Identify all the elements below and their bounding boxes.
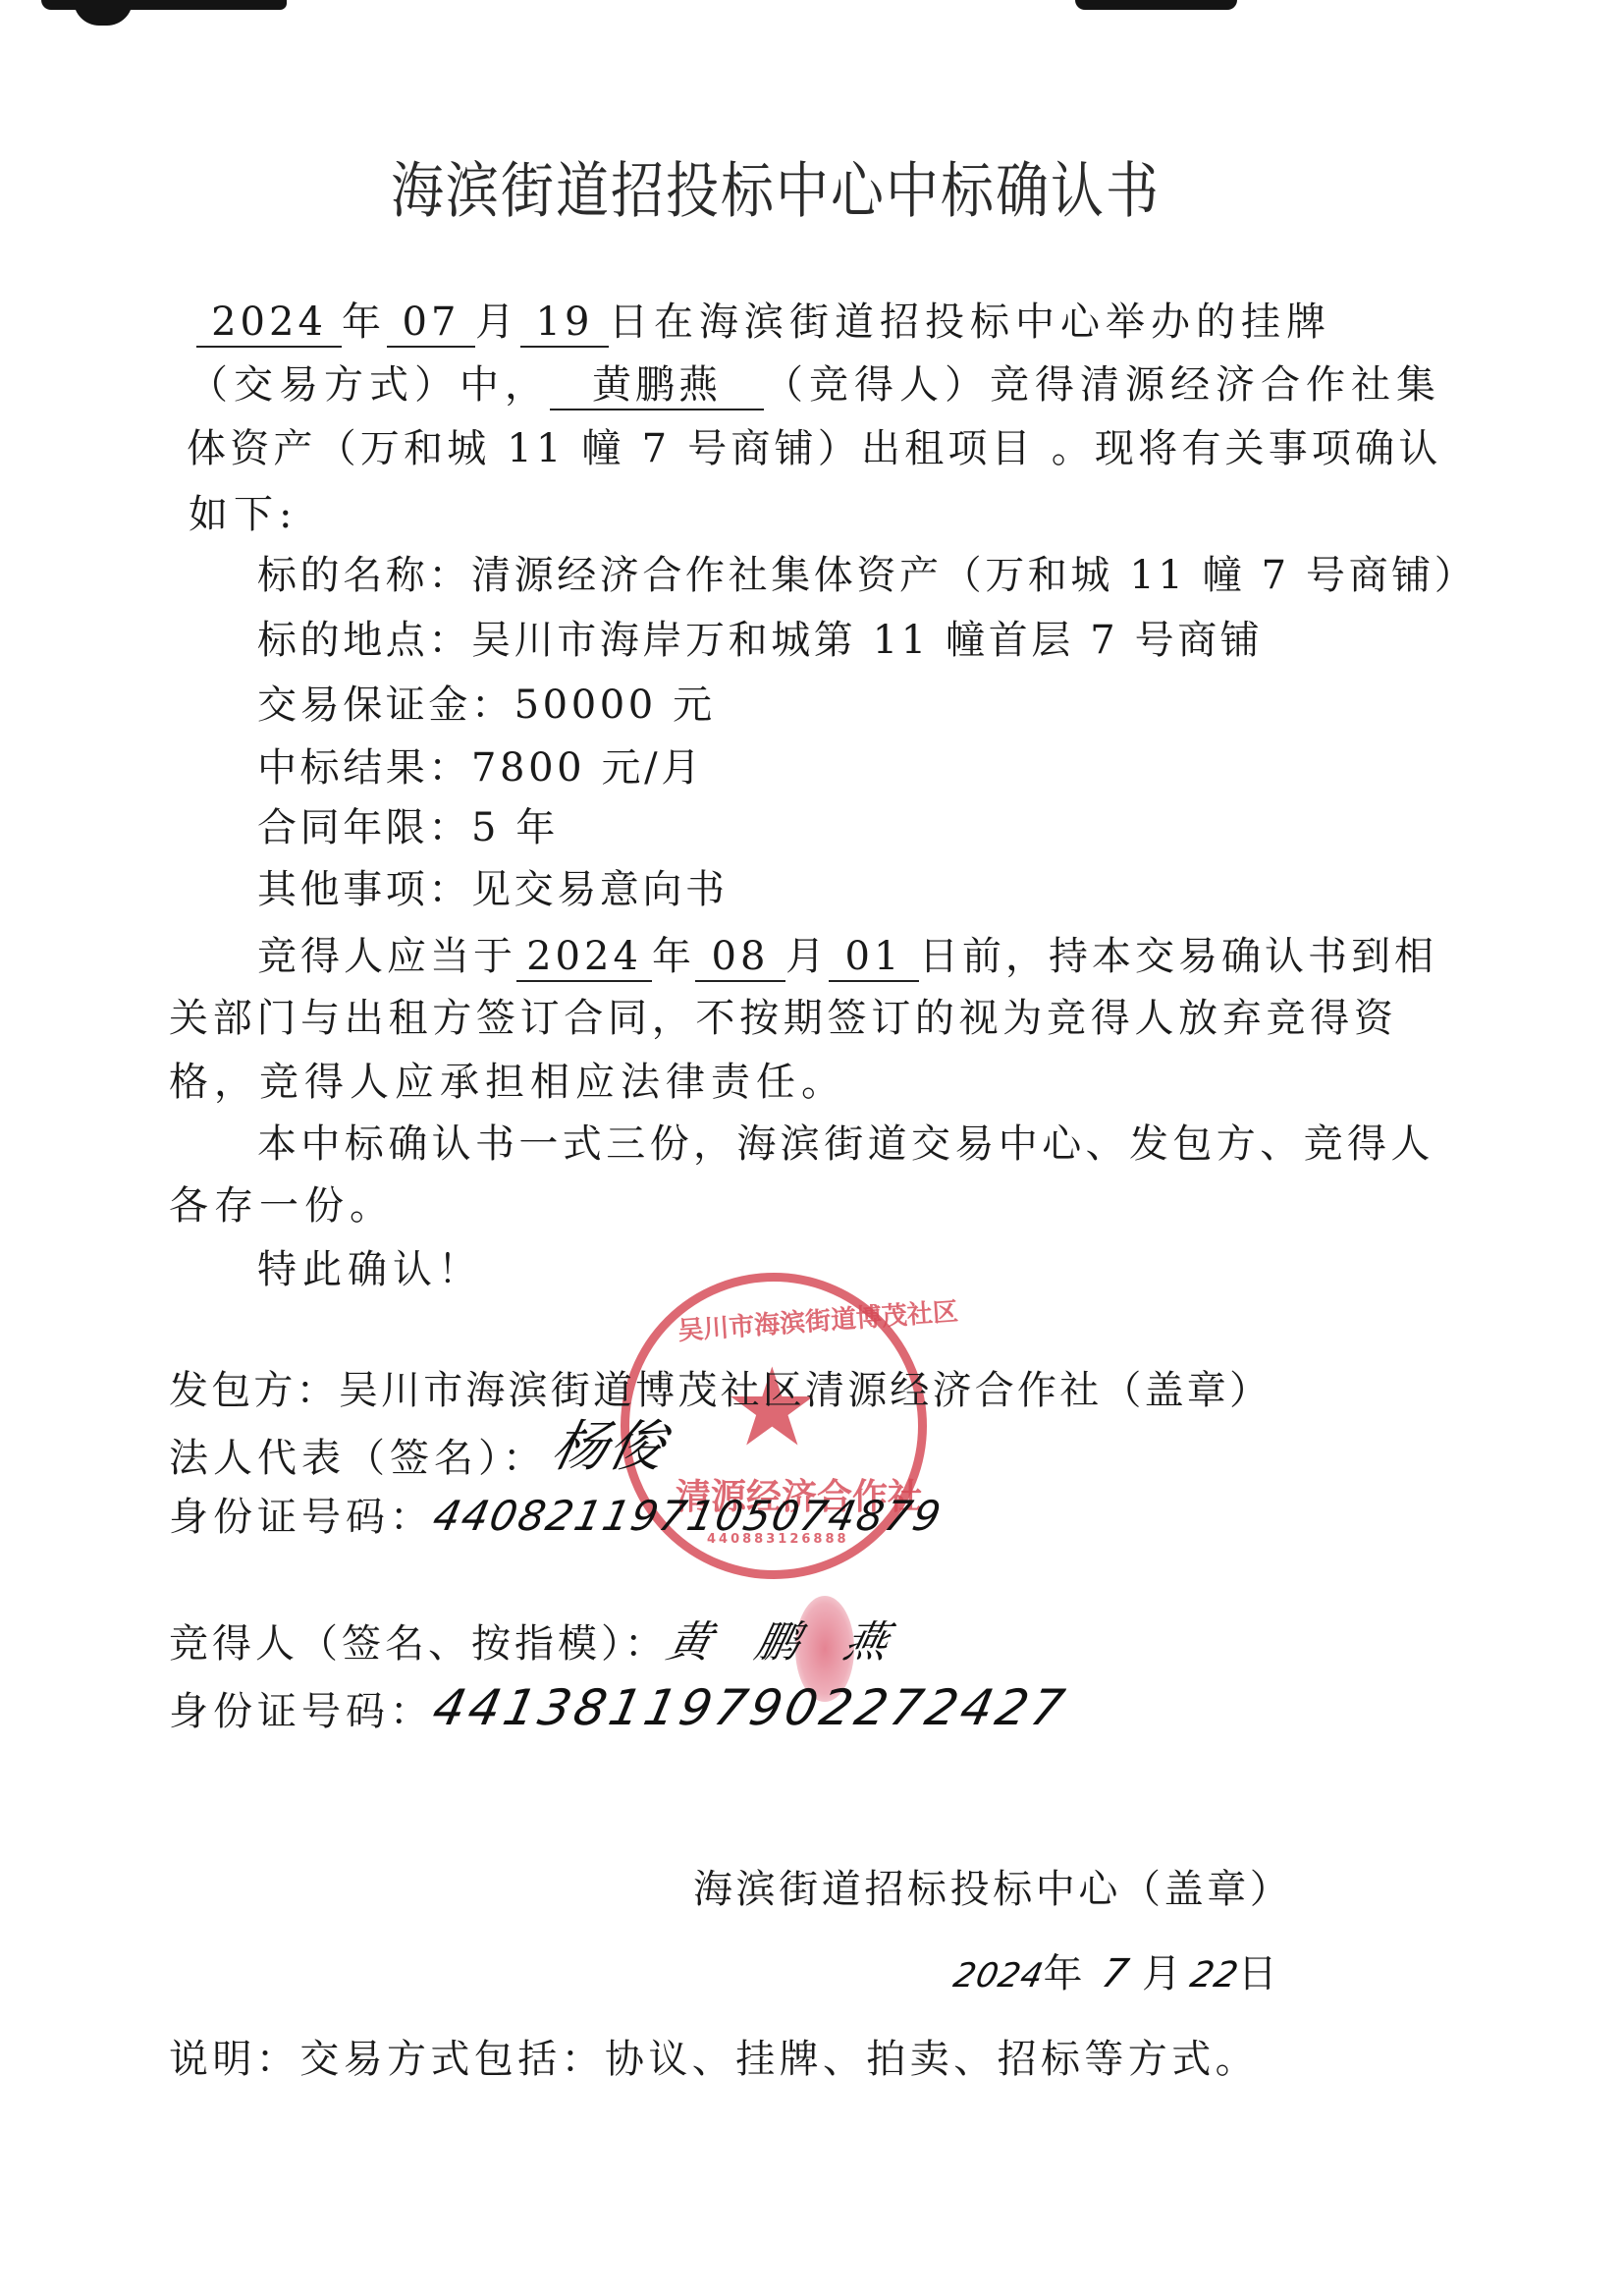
id-label: 身份证号码：: [169, 1495, 434, 1540]
date-month: 7: [1097, 1950, 1133, 1997]
intro-line-2: （交易方式）中，黄鹏燕（竞得人）竞得清源经济合作社集: [189, 361, 1441, 410]
item-label: 合同年限：: [257, 805, 471, 850]
deadline-month: 08: [695, 933, 785, 982]
deadline-line-3: 格，竞得人应承担相应法律责任。: [169, 1059, 846, 1106]
year-unit: 年: [342, 300, 387, 345]
bidder-id-value: 441381197902272427: [429, 1684, 1072, 1731]
issuer-id-line: 身份证号码：440821197105074879: [169, 1493, 942, 1541]
issuer-id-value: 440821197105074879: [429, 1493, 947, 1540]
scan-artifact-left-drip: [74, 0, 133, 26]
bidder-line: 竞得人（签名、按指模）：黄 鹏 燕: [169, 1619, 903, 1667]
rep-label: 法人代表（签名）：: [169, 1436, 547, 1481]
page-title: 海滨街道招投标中心中标确认书: [391, 155, 1161, 228]
issuer-label: 发包方：: [169, 1368, 339, 1413]
deadline-line-1: 竞得人应当于2024年08月01日前，持本交易确认书到相: [257, 933, 1437, 982]
deadline-line-1-tail: 日前，持本交易确认书到相: [919, 934, 1437, 979]
item-value: 7800 元/月: [471, 745, 704, 791]
scan-artifact-right: [1075, 0, 1237, 10]
item-value: 吴川市海岸万和城第 11 幢首层 7 号商铺: [471, 618, 1263, 663]
intro-line-4: 如下:: [189, 491, 298, 538]
item-deposit: 交易保证金：50000 元: [257, 682, 716, 729]
item-value: 清源经济合作社集体资产（万和城 11 幢 7 号商铺）: [471, 553, 1477, 598]
intro-line-2-tail: （竞得人）竞得清源经济合作社集: [764, 362, 1441, 408]
intro-line-3: 体资产（万和城 11 幢 7 号商铺）出租项目 。现将有关事项确认: [187, 425, 1442, 472]
item-contract-term: 合同年限：5 年: [257, 804, 559, 851]
copies-line-1: 本中标确认书一式三份，海滨街道交易中心、发包方、竞得人: [257, 1121, 1434, 1168]
rep-signature: 杨俊: [548, 1424, 670, 1471]
winner-name: 黄鹏燕: [550, 361, 764, 410]
item-label: 标的名称：: [257, 553, 471, 598]
item-other: 其他事项：见交易意向书: [257, 866, 729, 913]
bidder-signature: 黄 鹏 燕: [663, 1619, 908, 1667]
issuer-line: 发包方：吴川市海滨街道博茂社区清源经济合作社（盖章）: [169, 1367, 1271, 1414]
intro-month: 07: [387, 299, 475, 348]
date-month-unit: 月: [1142, 1951, 1187, 1996]
bidder-id-line: 身份证号码：441381197902272427: [169, 1684, 1067, 1735]
deadline-day: 01: [829, 933, 919, 982]
intro-line-1: 2024年07月19日在海滨街道招投标中心举办的挂牌: [196, 299, 1331, 348]
date-year: 2024: [949, 1952, 1049, 1999]
deadline-head: 竞得人应当于: [257, 934, 516, 979]
center-date: 2024年7月22日: [954, 1950, 1283, 1999]
intro-line-2-head: （交易方式）中，: [189, 362, 550, 408]
item-label: 标的地点：: [257, 618, 471, 663]
intro-line-1-tail: 日在海滨街道招投标中心举办的挂牌: [609, 300, 1331, 345]
item-value: 50000 元: [514, 683, 716, 728]
item-subject-name: 标的名称：清源经济合作社集体资产（万和城 11 幢 7 号商铺）: [257, 552, 1477, 599]
deadline-year: 2024: [516, 933, 652, 982]
bidder-label: 竞得人（签名、按指模）：: [169, 1621, 668, 1667]
issuer-rep-line: 法人代表（签名）：杨俊: [169, 1430, 665, 1482]
intro-year: 2024: [196, 299, 342, 348]
issuer-value: 吴川市海滨街道博茂社区清源经济合作社（盖章）: [339, 1368, 1271, 1413]
item-label: 其他事项：: [257, 867, 471, 912]
copies-line-2: 各存一份。: [169, 1182, 395, 1230]
month-unit: 月: [785, 934, 829, 979]
date-day: 22: [1186, 1952, 1243, 1999]
note-text: 说明：交易方式包括：协议、挂牌、拍卖、招标等方式。: [169, 2036, 1259, 2083]
date-year-unit: 年: [1044, 1951, 1089, 1996]
item-label: 交易保证金：: [257, 683, 514, 728]
month-unit: 月: [475, 300, 520, 345]
id-label: 身份证号码：: [169, 1689, 434, 1734]
date-day-unit: 日: [1238, 1951, 1283, 1996]
intro-day: 19: [520, 299, 609, 348]
item-result: 中标结果：7800 元/月: [257, 744, 704, 792]
center-name: 海滨街道招标投标中心（盖章）: [693, 1866, 1292, 1913]
item-value: 见交易意向书: [471, 867, 729, 912]
year-unit: 年: [652, 934, 695, 979]
item-label: 中标结果：: [257, 745, 471, 791]
item-value: 5 年: [471, 805, 559, 850]
deadline-line-2: 关部门与出租方签订合同，不按期签订的视为竞得人放弃竞得资: [169, 995, 1398, 1042]
confirm-text: 特此确认！: [257, 1246, 483, 1293]
item-subject-location: 标的地点：吴川市海岸万和城第 11 幢首层 7 号商铺: [257, 617, 1263, 664]
